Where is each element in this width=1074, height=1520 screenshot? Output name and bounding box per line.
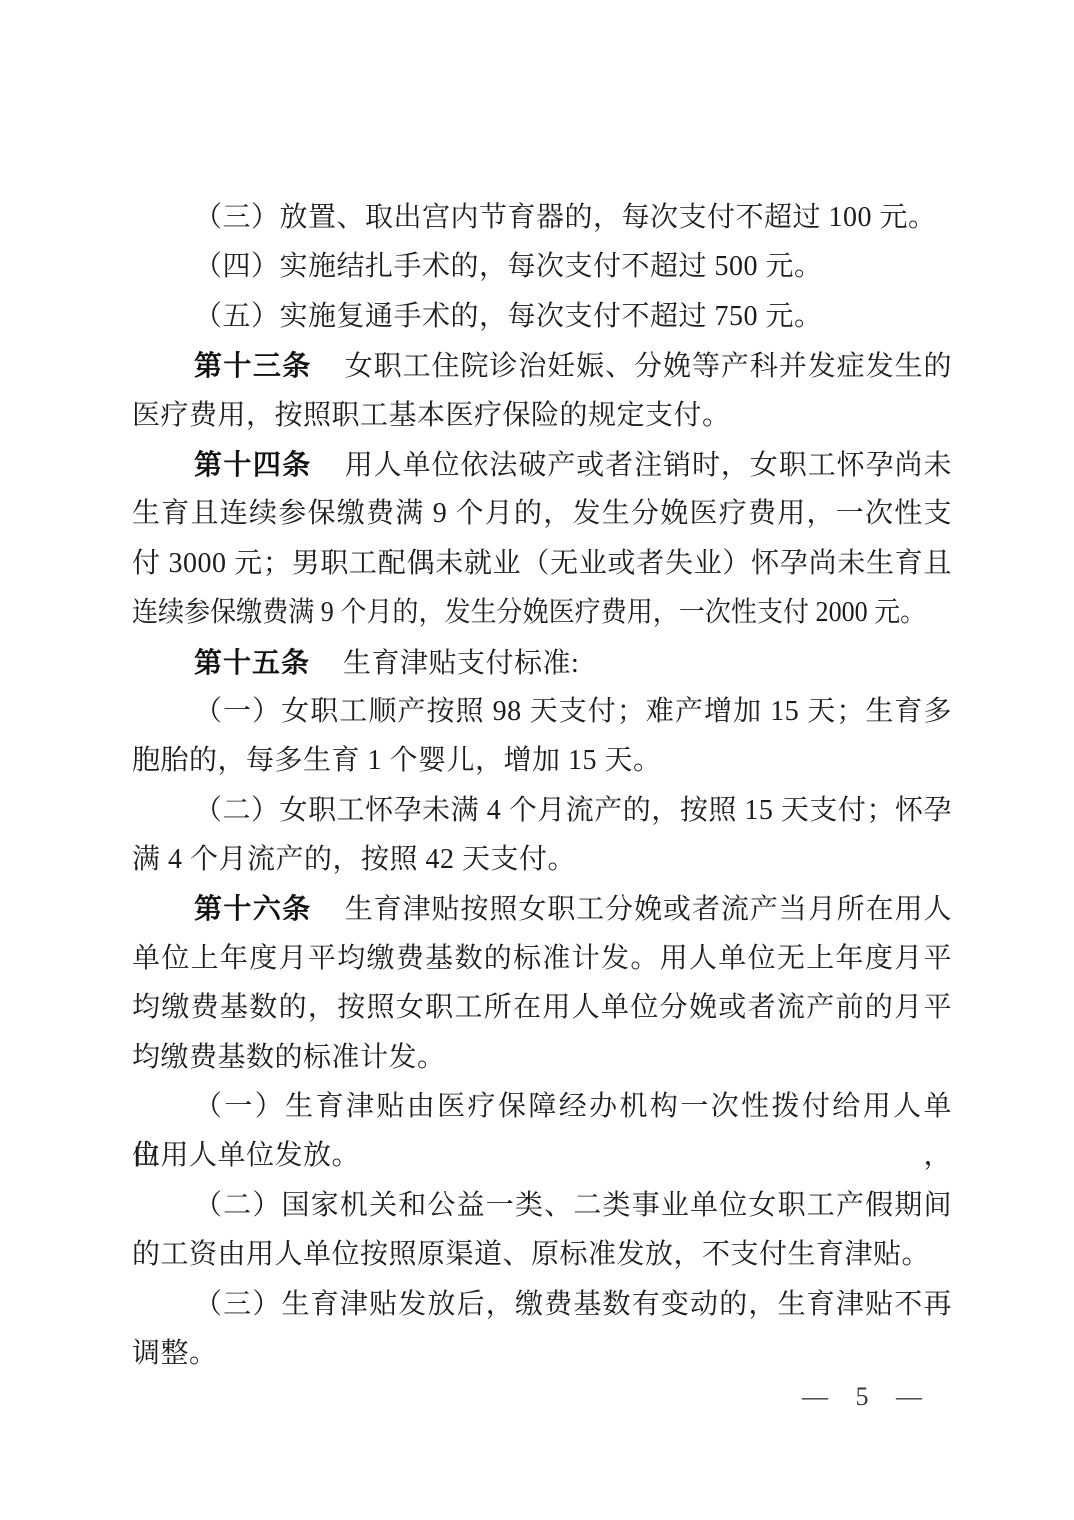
text-line: 付 3000 元；男职工配偶未就业（无业或者失业）怀孕尚未生育且 bbox=[132, 539, 952, 588]
text-line: 医疗费用，按照职工基本医疗保险的规定支付。 bbox=[132, 391, 952, 440]
line-text: （二）女职工怀孕未满 4 个月流产的，按照 15 天支付；怀孕 bbox=[194, 795, 952, 826]
text-line: 第十六条生育津贴按照女职工分娩或者流产当月所在用人 bbox=[132, 884, 952, 933]
line-text: 生育且连续参保缴费满 9 个月的，发生分娩医疗费用，一次性支 bbox=[132, 498, 952, 529]
article-number-label: 第十三条 bbox=[194, 350, 312, 381]
text-line: （四）实施结扎手术的，每次支付不超过 500 元。 bbox=[132, 242, 952, 291]
text-line: （二）国家机关和公益一类、二类事业单位女职工产假期间 bbox=[132, 1181, 952, 1230]
text-line: （五）实施复通手术的，每次支付不超过 750 元。 bbox=[132, 292, 952, 341]
line-text: 用人单位依法破产或者注销时，女职工怀孕尚未 bbox=[345, 450, 952, 481]
text-line: （一）女职工顺产按照 98 天支付；难产增加 15 天；生育多 bbox=[132, 687, 952, 736]
footer-dash-left: — bbox=[802, 1382, 828, 1412]
text-line: 第十四条用人单位依法破产或者注销时，女职工怀孕尚未 bbox=[132, 440, 952, 489]
line-text: 生育津贴支付标准: bbox=[343, 648, 579, 679]
line-text: 的工资由用人单位按照原渠道、原标准发放，不支付生育津贴。 bbox=[132, 1239, 930, 1270]
line-text: 由用人单位发放。 bbox=[132, 1140, 360, 1171]
line-text: （五）实施复通手术的，每次支付不超过 750 元。 bbox=[194, 301, 823, 332]
text-line: 第十五条生育津贴支付标准: bbox=[132, 638, 952, 687]
article-number-label: 第十五条 bbox=[194, 647, 310, 678]
text-line: （三）放置、取出宫内节育器的，每次支付不超过 100 元。 bbox=[132, 193, 952, 242]
text-line: 生育且连续参保缴费满 9 个月的，发生分娩医疗费用，一次性支 bbox=[132, 489, 952, 538]
line-text: 连续参保缴费满 9 个月的，发生分娩医疗费用，一次性支付 2000 元。 bbox=[132, 588, 926, 637]
article-number-label: 第十六条 bbox=[194, 893, 312, 924]
text-line: 均缴费基数的，按照女职工所在用人单位分娩或者流产前的月平 bbox=[132, 983, 952, 1032]
line-text: （四）实施结扎手术的，每次支付不超过 500 元。 bbox=[194, 251, 823, 282]
text-line: 连续参保缴费满 9 个月的，发生分娩医疗费用，一次性支付 2000 元。 bbox=[132, 588, 952, 637]
line-text: 均缴费基数的标准计发。 bbox=[132, 1042, 446, 1073]
document-page: （三）放置、取出宫内节育器的，每次支付不超过 100 元。 （四）实施结扎手术的… bbox=[0, 0, 1074, 1520]
page-number: 5 bbox=[856, 1382, 869, 1412]
line-text: （一）女职工顺产按照 98 天支付；难产增加 15 天；生育多 bbox=[194, 696, 952, 727]
text-line: 调整。 bbox=[132, 1329, 952, 1378]
text-line: 的工资由用人单位按照原渠道、原标准发放，不支付生育津贴。 bbox=[132, 1230, 952, 1279]
text-line: （二）女职工怀孕未满 4 个月流产的，按照 15 天支付；怀孕 bbox=[132, 786, 952, 835]
line-text: （三）放置、取出宫内节育器的，每次支付不超过 100 元。 bbox=[194, 202, 937, 233]
text-line: （一）生育津贴由医疗保障经办机构一次性拨付给用人单位， bbox=[132, 1082, 952, 1131]
text-line: 满 4 个月流产的，按照 42 天支付。 bbox=[132, 835, 952, 884]
line-text: 均缴费基数的，按照女职工所在用人单位分娩或者流产前的月平 bbox=[132, 992, 952, 1023]
text-line: 均缴费基数的标准计发。 bbox=[132, 1033, 952, 1082]
line-text: （二）国家机关和公益一类、二类事业单位女职工产假期间 bbox=[194, 1190, 952, 1221]
line-text: 付 3000 元；男职工配偶未就业（无业或者失业）怀孕尚未生育且 bbox=[132, 548, 952, 579]
line-text: 调整。 bbox=[132, 1338, 218, 1369]
line-text: 单位上年度月平均缴费基数的标准计发。用人单位无上年度月平 bbox=[132, 943, 952, 974]
text-line: 单位上年度月平均缴费基数的标准计发。用人单位无上年度月平 bbox=[132, 934, 952, 983]
line-text: 满 4 个月流产的，按照 42 天支付。 bbox=[132, 844, 576, 875]
footer-dash-right: — bbox=[896, 1382, 922, 1412]
line-text: 胞胎的，每多生育 1 个婴儿，增加 15 天。 bbox=[132, 745, 662, 776]
line-text: 医疗费用，按照职工基本医疗保险的规定支付。 bbox=[132, 400, 731, 431]
article-number-label: 第十四条 bbox=[194, 449, 312, 480]
page-footer: — 5 — bbox=[802, 1382, 922, 1412]
text-line: 第十三条女职工住院诊治妊娠、分娩等产科并发症发生的 bbox=[132, 341, 952, 390]
text-line: 胞胎的，每多生育 1 个婴儿，增加 15 天。 bbox=[132, 736, 952, 785]
line-text: 女职工住院诊治妊娠、分娩等产科并发症发生的 bbox=[345, 351, 952, 382]
line-text: 生育津贴按照女职工分娩或者流产当月所在用人 bbox=[345, 894, 952, 925]
text-line: （三）生育津贴发放后，缴费基数有变动的，生育津贴不再 bbox=[132, 1280, 952, 1329]
document-body: （三）放置、取出宫内节育器的，每次支付不超过 100 元。 （四）实施结扎手术的… bbox=[132, 193, 952, 1378]
line-text: （三）生育津贴发放后，缴费基数有变动的，生育津贴不再 bbox=[194, 1289, 952, 1320]
